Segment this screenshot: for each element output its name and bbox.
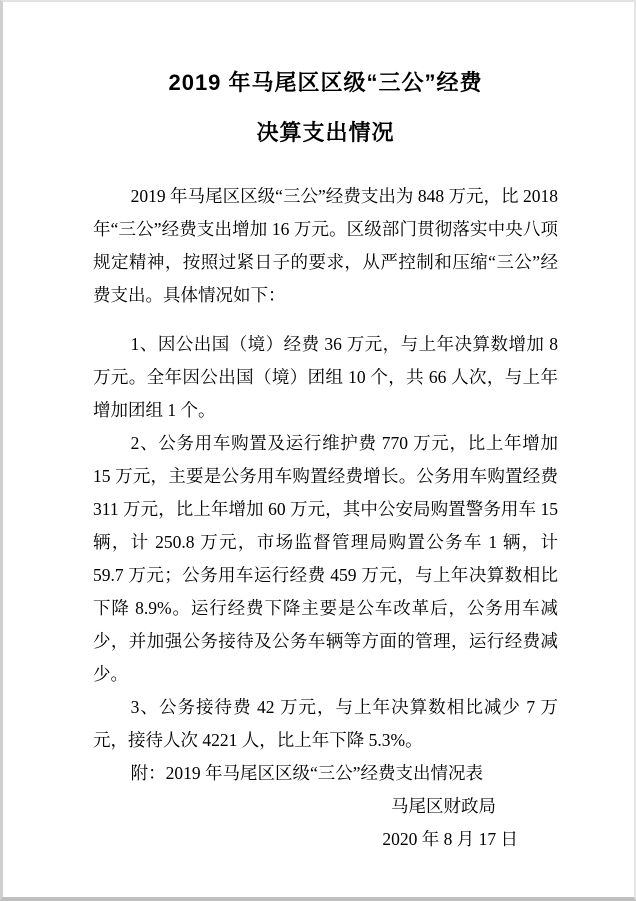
doc-paragraph-item-1: 1、因公出国（境）经费 36 万元，与上年决算数增加 8 万元。全年因公出国（境…	[93, 328, 558, 427]
doc-title: 2019 年马尾区区级“三公”经费 决算支出情况	[93, 58, 558, 158]
doc-paragraph-intro: 2019 年马尾区区级“三公”经费支出为 848 万元，比 2018 年“三公”…	[93, 180, 558, 312]
doc-paragraph-item-2: 2、公务用车购置及运行维护费 770 万元，比上年增加 15 万元，主要是公务用…	[93, 427, 558, 691]
doc-body: 2019 年马尾区区级“三公”经费支出为 848 万元，比 2018 年“三公”…	[93, 180, 558, 856]
document-page: 2019 年马尾区区级“三公”经费 决算支出情况 2019 年马尾区区级“三公”…	[0, 0, 636, 901]
doc-paragraph-attachment: 附：2019 年马尾区区级“三公”经费支出情况表	[93, 757, 558, 790]
doc-paragraph-item-3: 3、公务接待费 42 万元，与上年决算数相比减少 7 万元，接待人次 4221 …	[93, 691, 558, 757]
doc-title-line2: 决算支出情况	[93, 108, 558, 158]
doc-title-line1: 2019 年马尾区区级“三公”经费	[93, 58, 558, 108]
signature-issuer: 马尾区财政局	[93, 790, 558, 823]
signature-date: 2020 年 8 月 17 日	[93, 823, 558, 856]
